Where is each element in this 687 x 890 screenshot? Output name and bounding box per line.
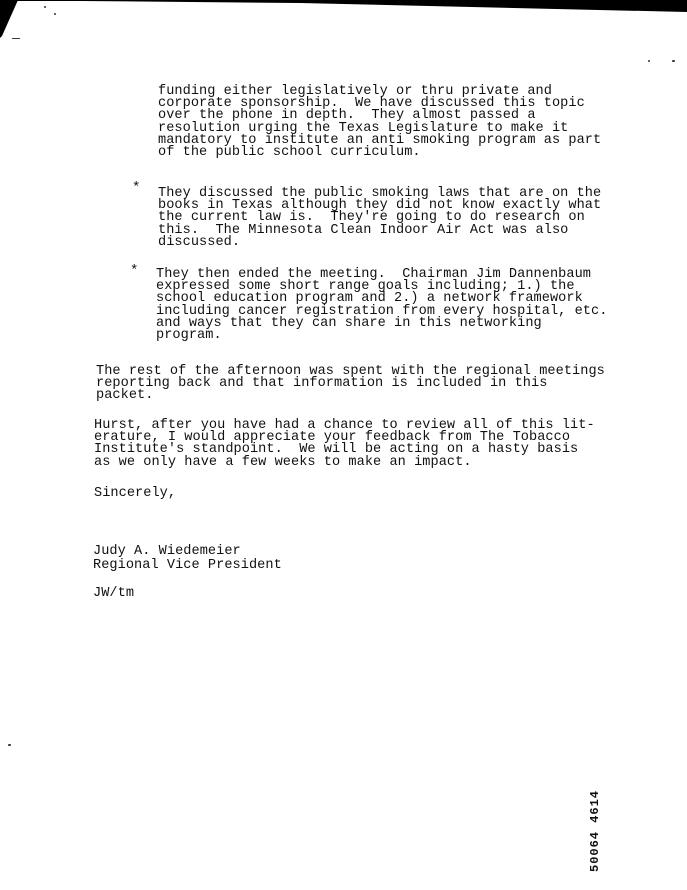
bullet-marker: *	[130, 265, 138, 277]
scanned-letter-page: funding either legislatively or thru pri…	[0, 0, 687, 890]
scan-speck	[44, 6, 46, 8]
bates-number: 50064 4614	[588, 782, 600, 872]
continuation-paragraph: funding either legislatively or thru pri…	[158, 86, 601, 159]
paragraph-afternoon: The rest of the afternoon was spent with…	[96, 366, 605, 403]
signature-title: Regional Vice President	[93, 560, 282, 572]
scan-speck	[12, 38, 20, 39]
closing-salutation: Sincerely,	[94, 488, 176, 500]
bullet-item-meeting-end: They then ended the meeting. Chairman Ji…	[156, 269, 607, 342]
scan-speck	[648, 60, 650, 62]
scan-speck	[8, 744, 11, 746]
scan-speck	[54, 13, 56, 15]
scan-shadow-top-edge	[0, 0, 687, 14]
bullet-marker: *	[132, 182, 140, 194]
paragraph-request-feedback: Hurst, after you have had a chance to re…	[94, 420, 595, 469]
scan-shadow-left-corner	[0, 0, 22, 40]
reference-initials: JW/tm	[93, 588, 134, 600]
signature-name: Judy A. Wiedemeier	[93, 546, 241, 558]
bullet-item-smoking-laws: They discussed the public smoking laws t…	[158, 188, 601, 249]
scan-speck	[672, 60, 675, 62]
